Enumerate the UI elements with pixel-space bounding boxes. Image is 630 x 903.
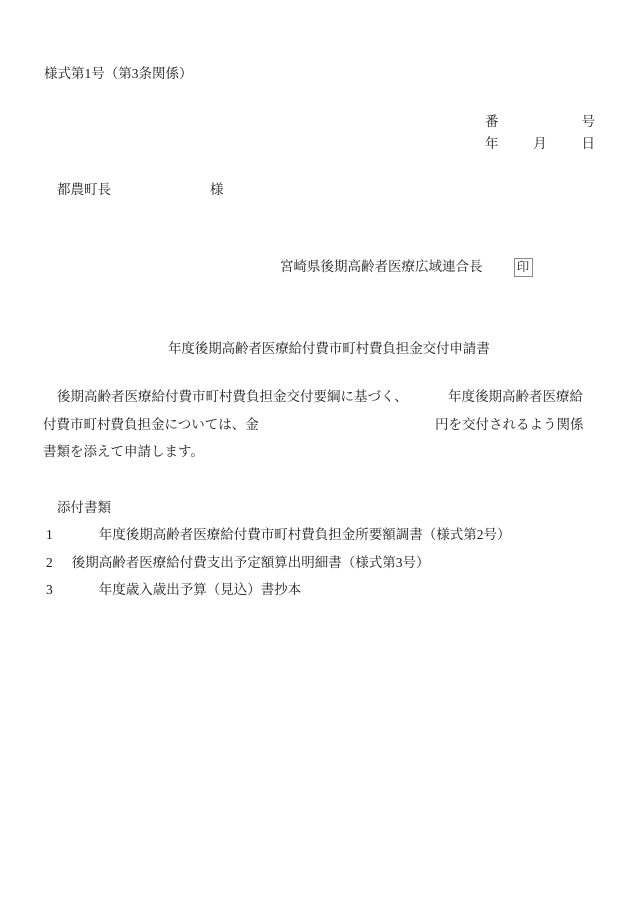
day-label: 日 [582,136,596,152]
sender-title: 宮崎県後期高齢者医療広域連合長 [280,259,483,275]
form-number-label: 様式第1号（第3条関係） [44,66,193,82]
attachment-item-2-number: 2 [46,555,53,571]
attachment-item-1-number: 1 [46,527,53,543]
number-unit-label: 号 [582,114,596,130]
attachment-item-2: 2 後期高齢者医療給付費支出予定額算出明細書（様式第3号） [46,555,430,571]
seal-placeholder-box: 印 [514,258,533,277]
document-title: 年度後期高齢者医療給付費市町村費負担金交付申請書 [168,341,490,357]
attachment-item-3-text: 年度歳入歳出予算（見込）書抄本 [99,582,302,598]
body-text-line1-left: 後期高齢者医療給付費市町村費負担金交付要綱に基づく、 [57,389,408,405]
addressee-name: 都農町長 [57,182,111,198]
month-label: 月 [533,136,547,152]
body-text-line2-left: 付費市町村費負担金については、金 [43,417,259,433]
number-label: 番 [485,114,499,130]
attachment-item-3-number: 3 [46,582,53,598]
attachment-item-1: 1 年度後期高齢者医療給付費市町村費負担金所要額調書（様式第2号） [46,527,511,543]
body-text-line2-right: 円を交付されるよう関係 [435,417,584,433]
sender-line: 宮崎県後期高齢者医療広域連合長 印 [280,256,533,278]
application-form-page: 様式第1号（第3条関係） 番 号 年 月 日 都農町長 様 宮崎県後期高齢者医療… [0,0,630,903]
addressee-name-blank [111,182,210,198]
attachment-item-3: 3 年度歳入歳出予算（見込）書抄本 [46,582,301,598]
document-number-line: 番 号 [485,114,595,130]
document-date-line: 年 月 日 [485,136,595,152]
attachments-heading: 添付書類 [57,500,111,516]
attachment-item-2-text: 後期高齢者医療給付費支出予定額算出明細書（様式第3号） [72,555,430,571]
addressee-line: 都農町長 様 [57,182,224,198]
year-label: 年 [485,136,499,152]
attachment-item-1-text: 年度後期高齢者医療給付費市町村費負担金所要額調書（様式第2号） [99,527,511,543]
body-text-line1-right: 年度後期高齢者医療給 [448,389,583,405]
body-text-line3: 書類を添えて申請します。 [43,444,204,460]
addressee-honorific: 様 [210,182,224,198]
